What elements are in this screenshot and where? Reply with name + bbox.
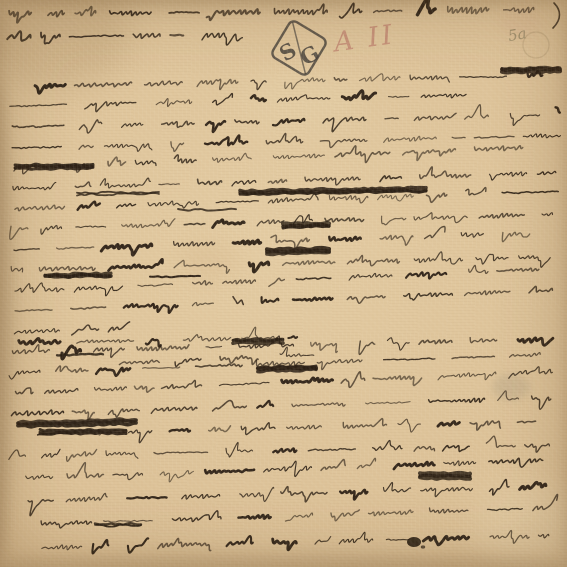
stamp-letter-g: G [296, 40, 324, 71]
handwriting-layer: S G A II 5a [0, 0, 567, 567]
strikethrough-marks [15, 67, 560, 527]
header-script [7, 0, 533, 45]
embossed-stamp-circle [523, 32, 549, 58]
red-classification-mark: A II [329, 19, 397, 59]
manuscript-page: S G A II 5a [0, 0, 567, 567]
body-script [9, 71, 561, 554]
pencil-page-number: 5a [507, 24, 528, 45]
ink-blot [407, 537, 425, 549]
closing-paren-stroke [553, 3, 560, 28]
archive-stamp: S G [263, 12, 335, 84]
